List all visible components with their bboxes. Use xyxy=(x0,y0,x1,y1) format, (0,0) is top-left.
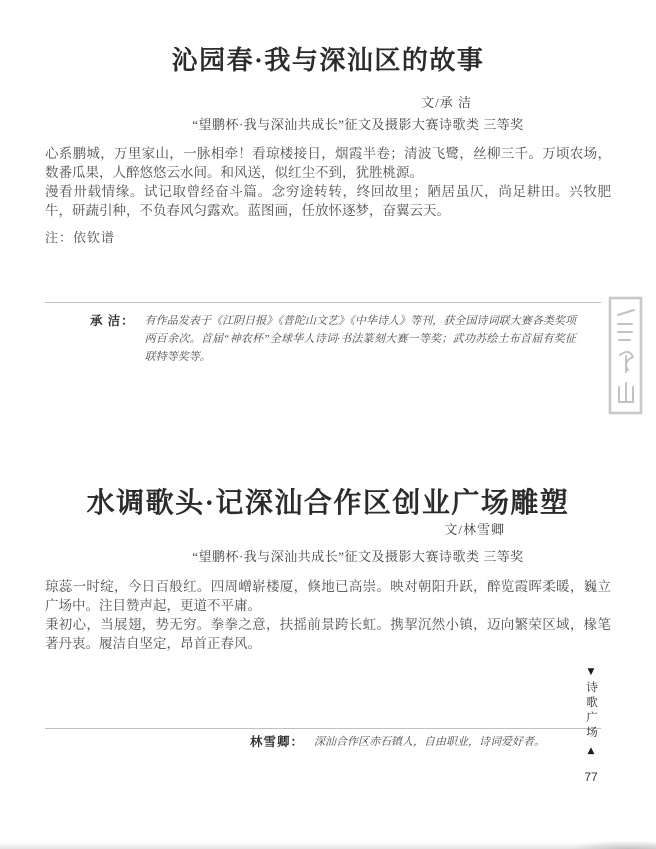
seal-stamp-icon xyxy=(606,293,646,419)
poem-1-stanza-2: 漫看卅载情缘。试记取曾经奋斗篇。念穷途转转，终回故里；陋居虽仄，尚足耕田。兴牧肥… xyxy=(45,182,611,220)
poem-2-stanza-1: 琼蕊一时绽，今日百般红。四周嶒崭楼厦，倏地已高崇。映对朝阳升跃，醉览霞晖柔暖，巍… xyxy=(45,577,611,615)
section-rail: ▼ 诗歌广场 ▲ 77 xyxy=(580,666,602,784)
author-credit-1: 文/承 洁 xyxy=(421,92,472,111)
divider-line-1 xyxy=(45,302,601,303)
poem-1: 心系鹏城，万里家山，一脉相牵！看琼楼接日，烟霞半卷；清波飞鹭，丝柳三千。万顷农场… xyxy=(45,144,611,220)
author-credit-2: 文/林雪卿 xyxy=(444,519,505,538)
poem-1-note: 注：依钦谱 xyxy=(45,227,115,246)
award-line-2: “望鹏杯·我与深汕共成长”征文及摄影大赛诗歌类 三等奖 xyxy=(60,546,656,565)
poem-2: 琼蕊一时绽，今日百般红。四周嶒崭楼厦，倏地已高崇。映对朝阳升跃，醉览霞晖柔暖，巍… xyxy=(45,577,611,653)
page-number: 77 xyxy=(584,770,597,784)
award-line-1: “望鹏杯·我与深汕共成长”征文及摄影大赛诗歌类 三等奖 xyxy=(60,114,656,133)
divider-line-2 xyxy=(45,728,601,729)
author-bio-1: 承 洁： 有作品发表于《江阴日报》《普陀山文艺》《中华诗人》等刊，获全国诗词联大… xyxy=(90,312,576,366)
triangle-up-icon: ▲ xyxy=(588,745,595,757)
poem-2-stanza-2: 秉初心，当展翅，势无穷。拳拳之意，扶摇前景跨长虹。携挈沉然小镇，迈向繁荣区域，椽… xyxy=(45,615,611,653)
bottom-corner-shadow xyxy=(566,840,656,849)
bio-2-text: 深汕合作区赤石镇人，自由职业，诗词爱好者。 xyxy=(314,733,545,751)
triangle-down-icon: ▼ xyxy=(588,666,595,678)
bio-1-name: 承 洁： xyxy=(90,312,135,330)
bottom-edge-shadow xyxy=(0,842,656,849)
page-title-1: 沁园春·我与深汕区的故事 xyxy=(0,40,656,77)
author-bio-2: 林雪卿： 深汕合作区赤石镇人，自由职业，诗词爱好者。 xyxy=(250,733,580,751)
bio-2-name: 林雪卿： xyxy=(250,733,304,751)
section-label-vertical: 诗歌广场 xyxy=(583,681,599,741)
magazine-page: 沁园春·我与深汕区的故事 文/承 洁 “望鹏杯·我与深汕共成长”征文及摄影大赛诗… xyxy=(0,0,656,849)
page-title-2: 水调歌头·记深汕合作区创业广场雕塑 xyxy=(0,481,656,521)
poem-1-stanza-1: 心系鹏城，万里家山，一脉相牵！看琼楼接日，烟霞半卷；清波飞鹭，丝柳三千。万顷农场… xyxy=(45,144,611,182)
bio-1-text: 有作品发表于《江阴日报》《普陀山文艺》《中华诗人》等刊，获全国诗词联大赛各类奖项… xyxy=(145,312,576,366)
